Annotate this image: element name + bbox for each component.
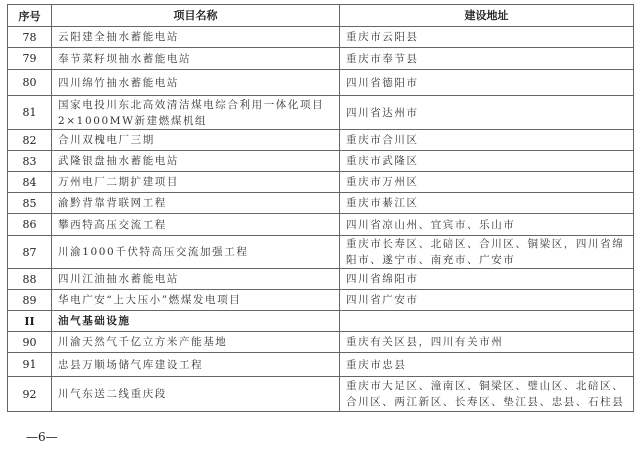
- project-name: 奉节菜籽坝抽水蓄能电站: [52, 48, 340, 70]
- project-name: 攀西特高压交流工程: [52, 214, 340, 236]
- row-number: 82: [8, 130, 52, 151]
- project-location: 四川省达州市: [340, 96, 634, 130]
- project-name: 忠县万顺场储气库建设工程: [52, 353, 340, 377]
- project-location: 重庆市奉节县: [340, 48, 634, 70]
- project-name: 华电广安“上大压小”燃煤发电项目: [52, 290, 340, 311]
- row-number: 87: [8, 236, 52, 269]
- table-row: 83武隆银盘抽水蓄能电站重庆市武隆区: [8, 151, 634, 172]
- table-row: 85渝黔背靠背联网工程重庆市綦江区: [8, 193, 634, 214]
- project-location: 重庆市忠县: [340, 353, 634, 377]
- row-number: 78: [8, 27, 52, 48]
- table-row: 78云阳建全抽水蓄能电站重庆市云阳县: [8, 27, 634, 48]
- project-location: 重庆市长寿区、北碚区、合川区、铜梁区，四川省绵阳市、遂宁市、南充市、广安市: [340, 236, 634, 269]
- project-name: 云阳建全抽水蓄能电站: [52, 27, 340, 48]
- project-location: [340, 311, 634, 332]
- section-row: II油气基础设施: [8, 311, 634, 332]
- table-row: 91忠县万顺场储气库建设工程重庆市忠县: [8, 353, 634, 377]
- project-name: 四川绵竹抽水蓄能电站: [52, 70, 340, 96]
- header-location: 建设地址: [340, 5, 634, 27]
- row-number: 90: [8, 332, 52, 353]
- project-location: 重庆市合川区: [340, 130, 634, 151]
- table-row: 89华电广安“上大压小”燃煤发电项目四川省广安市: [8, 290, 634, 311]
- project-name: 国家电投川东北高效清洁煤电综合利用一体化项目2×1000MW新建燃煤机组: [52, 96, 340, 130]
- row-number: 79: [8, 48, 52, 70]
- project-location: 重庆市武隆区: [340, 151, 634, 172]
- row-number: 84: [8, 172, 52, 193]
- row-number: 85: [8, 193, 52, 214]
- table-row: 80四川绵竹抽水蓄能电站四川省德阳市: [8, 70, 634, 96]
- table-row: 88四川江油抽水蓄能电站四川省绵阳市: [8, 269, 634, 290]
- table-row: 81国家电投川东北高效清洁煤电综合利用一体化项目2×1000MW新建燃煤机组四川…: [8, 96, 634, 130]
- project-name: 四川江油抽水蓄能电站: [52, 269, 340, 290]
- row-number: 91: [8, 353, 52, 377]
- row-number: 80: [8, 70, 52, 96]
- project-location: 四川省凉山州、宜宾市、乐山市: [340, 214, 634, 236]
- project-location: 重庆市云阳县: [340, 27, 634, 48]
- row-number: 83: [8, 151, 52, 172]
- project-name: 油气基础设施: [52, 311, 340, 332]
- table-row: 86攀西特高压交流工程四川省凉山州、宜宾市、乐山市: [8, 214, 634, 236]
- project-location: 重庆市綦江区: [340, 193, 634, 214]
- table-header-row: 序号 项目名称 建设地址: [8, 5, 634, 27]
- project-table: 序号 项目名称 建设地址 78云阳建全抽水蓄能电站重庆市云阳县79奉节菜籽坝抽水…: [7, 4, 634, 412]
- project-name: 川渝天然气千亿立方米产能基地: [52, 332, 340, 353]
- project-name: 川渝1000千伏特高压交流加强工程: [52, 236, 340, 269]
- project-location: 重庆市大足区、潼南区、铜梁区、璧山区、北碚区、合川区、两江新区、长寿区、垫江县、…: [340, 377, 634, 412]
- project-name: 川气东送二线重庆段: [52, 377, 340, 412]
- row-number: 88: [8, 269, 52, 290]
- table-row: 84万州电厂二期扩建项目重庆市万州区: [8, 172, 634, 193]
- header-project-name: 项目名称: [52, 5, 340, 27]
- table-row: 87川渝1000千伏特高压交流加强工程重庆市长寿区、北碚区、合川区、铜梁区，四川…: [8, 236, 634, 269]
- row-number: 92: [8, 377, 52, 412]
- table-row: 79奉节菜籽坝抽水蓄能电站重庆市奉节县: [8, 48, 634, 70]
- project-location: 四川省广安市: [340, 290, 634, 311]
- project-name: 渝黔背靠背联网工程: [52, 193, 340, 214]
- table-row: 92川气东送二线重庆段重庆市大足区、潼南区、铜梁区、璧山区、北碚区、合川区、两江…: [8, 377, 634, 412]
- header-no: 序号: [8, 5, 52, 27]
- project-location: 重庆市万州区: [340, 172, 634, 193]
- project-location: 四川省绵阳市: [340, 269, 634, 290]
- project-name: 合川双槐电厂三期: [52, 130, 340, 151]
- page-number: —6—: [26, 430, 58, 444]
- project-location: 重庆有关区县，四川有关市州: [340, 332, 634, 353]
- row-number: 89: [8, 290, 52, 311]
- table-row: 90川渝天然气千亿立方米产能基地重庆有关区县，四川有关市州: [8, 332, 634, 353]
- row-number: II: [8, 311, 52, 332]
- project-name: 万州电厂二期扩建项目: [52, 172, 340, 193]
- row-number: 86: [8, 214, 52, 236]
- row-number: 81: [8, 96, 52, 130]
- project-location: 四川省德阳市: [340, 70, 634, 96]
- project-name: 武隆银盘抽水蓄能电站: [52, 151, 340, 172]
- table-row: 82合川双槐电厂三期重庆市合川区: [8, 130, 634, 151]
